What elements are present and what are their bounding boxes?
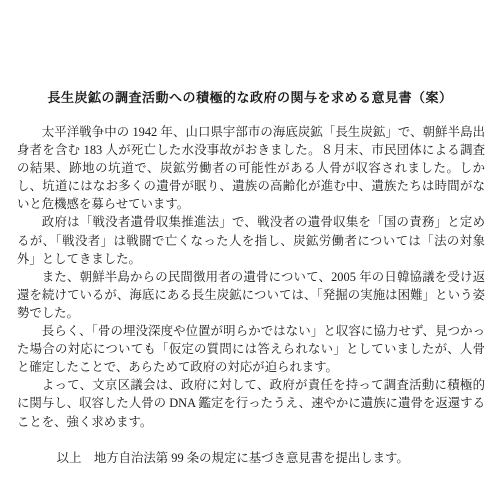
paragraph-demand: よって、文京区議会は、政府に対して、政府が責任を持って調査活動に積極的に関与し、… (17, 376, 485, 430)
document-page: 長生炭鉱の調査活動への積極的な政府の関与を求める意見書（案） 太平洋戦争中の 1… (0, 0, 500, 481)
paragraph-government-stance: 長らく、「骨の埋没深度や位置が明らかではない」と収容に協力せず、見つかった場合の… (17, 322, 485, 376)
paragraph-accident: 太平洋戦争中の 1942 年、山口県宇部市の海底炭鉱「長生炭鉱」で、朝鮮半島出身… (17, 123, 485, 213)
document-body: 太平洋戦争中の 1942 年、山口県宇部市の海底炭鉱「長生炭鉱」で、朝鮮半島出身… (17, 123, 485, 467)
closing-line: 以上 地方自治法第 99 条の規定に基づき意見書を提出します。 (17, 449, 485, 467)
document-title: 長生炭鉱の調査活動への積極的な政府の関与を求める意見書（案） (0, 87, 500, 106)
paragraph-government-law: 政府は「戦没者遺骨収集推進法」で、戦没者の遺骨収集を「国の責務」と定めるが、「戦… (17, 213, 485, 267)
paragraph-korea-consultation: また、朝鮮半島からの民間徴用者の遺骨について、2005 年の日韓協議を受け返還を… (17, 268, 485, 322)
